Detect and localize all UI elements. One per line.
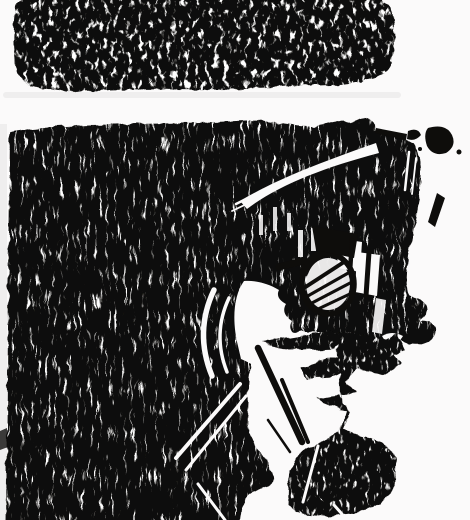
portrait-block (0, 117, 462, 520)
temple-block-stroke (350, 240, 352, 272)
margin-dash (0, 428, 8, 450)
nose-bridge-stroke (366, 252, 369, 296)
woodcut-print: Black-and-white expressionist woodcut pr… (0, 0, 470, 520)
scratch-tick (259, 215, 263, 235)
top-ink-block (13, 0, 395, 91)
jaw-hatch-stroke-3 (268, 420, 290, 452)
ink-bar-speckles (13, 0, 395, 91)
scratch-tick (298, 230, 303, 257)
ink-fleck (457, 150, 462, 155)
pipe-bowl (425, 127, 453, 155)
print-smudge (3, 92, 401, 98)
left-margin-tone (0, 124, 7, 520)
scratch-tick (273, 207, 277, 231)
scratch-tick (287, 213, 291, 231)
pipe-mark-small (407, 130, 421, 140)
brow-dash-mark (428, 193, 445, 227)
woodcut-canvas (0, 0, 470, 520)
ink-fleck (418, 147, 422, 151)
